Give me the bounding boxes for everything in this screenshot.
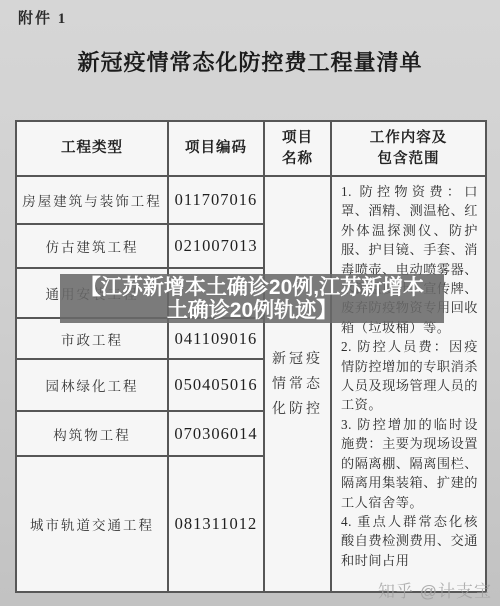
- project-code-cell: 081311012: [168, 456, 264, 592]
- engineering-type-cell: 园林绿化工程: [16, 359, 168, 411]
- project-code-cell: 021007013: [168, 224, 264, 268]
- news-caption-line2: 土确诊20例轨迹】: [60, 300, 444, 322]
- project-code-cell: 011707016: [168, 176, 264, 224]
- engineering-type-cell: 仿古建筑工程: [16, 224, 168, 268]
- engineering-type-cell: 房屋建筑与装饰工程: [16, 176, 168, 224]
- table-row: 房屋建筑与装饰工程 011707016 新冠疫情常态化防控 1. 防控物资费：口…: [16, 176, 486, 224]
- project-code-cell: 070306014: [168, 411, 264, 456]
- quantity-list-table: 工程类型 项目编码 项目 名称 工作内容及 包含范围 房屋建筑与装饰工程 011…: [15, 120, 487, 593]
- news-caption-line1: 【江苏新增本土确诊20例,江苏新增本: [60, 275, 444, 300]
- header-engineering-type: 工程类型: [16, 121, 168, 176]
- header-project-name: 项目 名称: [264, 121, 331, 176]
- attachment-label: 附件 1: [18, 7, 67, 28]
- work-item-3: 3. 防控增加的临时设施费：主要为现场设置的隔离棚、隔离围栏、隔离用集装箱、扩建…: [341, 415, 478, 512]
- work-item-2: 2. 防控人员费：因疫情防控增加的专职消杀人员及现场管理人员的工资。: [341, 337, 478, 415]
- project-code-cell: 041109016: [168, 318, 264, 359]
- project-code-cell: 050405016: [168, 359, 264, 411]
- watermark-text: 知乎 @计支宝: [378, 577, 492, 602]
- work-content-cell: 1. 防控物资费：口罩、酒精、测温枪、红外体温探测仪、防护服、护目镜、手套、消毒…: [331, 176, 486, 592]
- engineering-type-cell: 构筑物工程: [16, 411, 168, 456]
- engineering-type-cell: 市政工程: [16, 318, 168, 359]
- document-title: 新冠疫情常态化防控费工程量清单: [0, 47, 500, 79]
- work-item-4: 4. 重点人群常态化核酸自费检测费用、交通和时间占用: [341, 512, 478, 570]
- news-caption-overlay: 【江苏新增本土确诊20例,江苏新增本 土确诊20例轨迹】: [60, 274, 444, 323]
- table-header-row: 工程类型 项目编码 项目 名称 工作内容及 包含范围: [16, 121, 486, 176]
- header-project-code: 项目编码: [168, 121, 264, 176]
- project-name-cell: 新冠疫情常态化防控: [264, 176, 331, 592]
- header-work-content: 工作内容及 包含范围: [331, 121, 486, 176]
- engineering-type-cell: 城市轨道交通工程: [16, 456, 168, 592]
